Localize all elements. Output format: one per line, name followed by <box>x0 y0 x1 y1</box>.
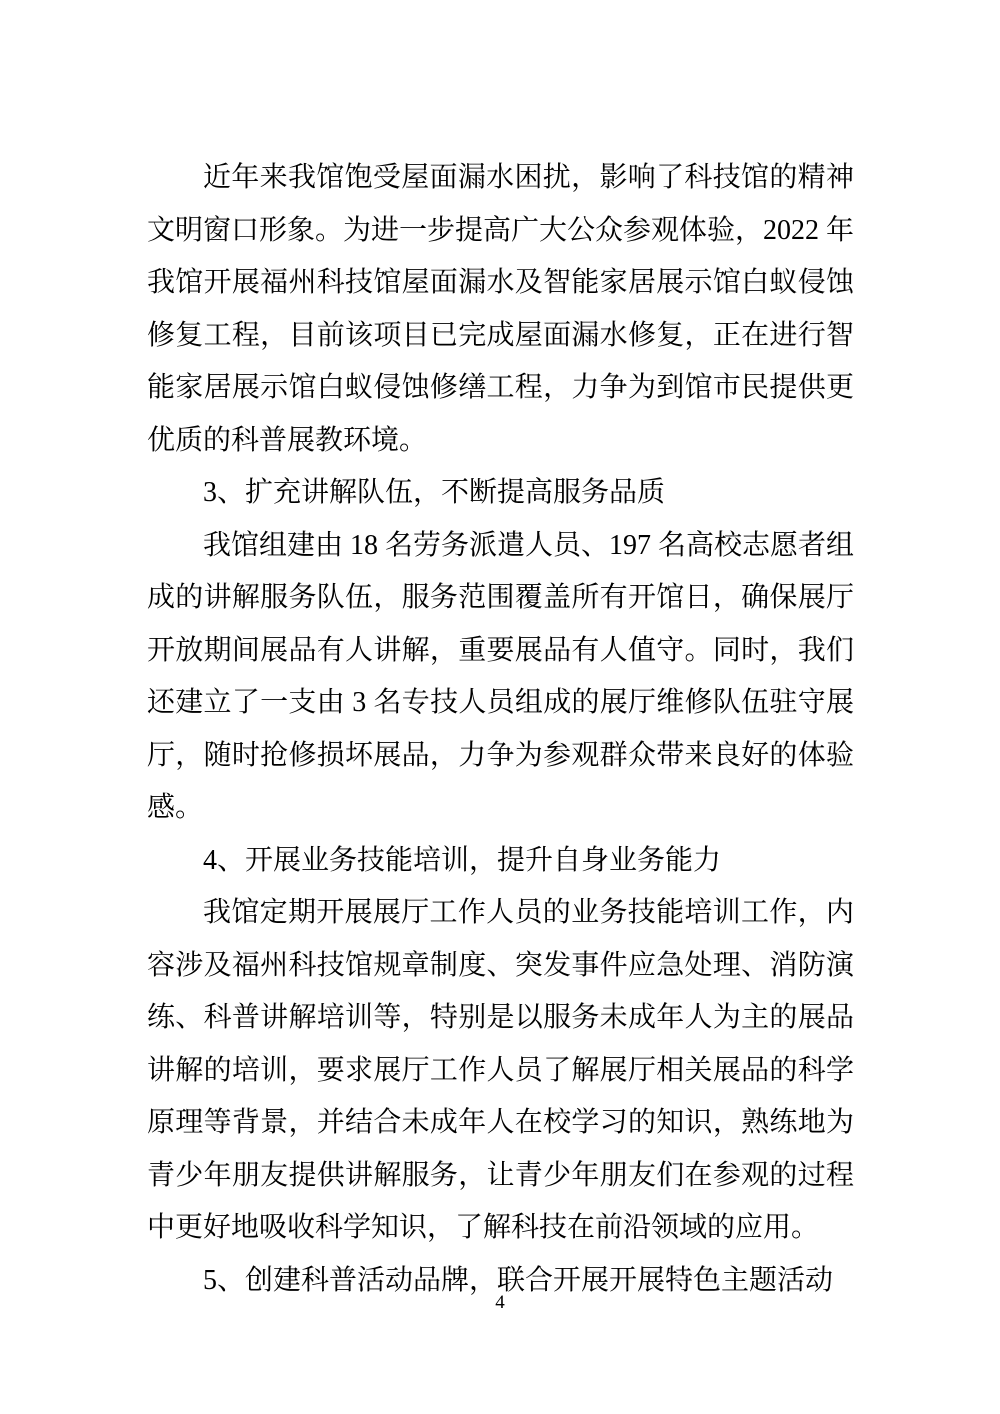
section-heading-4: 4、开展业务技能培训，提升自身业务能力 <box>147 835 854 888</box>
document-body: 近年来我馆饱受屋面漏水困扰，影响了科技馆的精神文明窗口形象。为进一步提高广大公众… <box>147 152 854 1307</box>
paragraph-guide-team: 我馆组建由 18 名劳务派遣人员、197 名高校志愿者组成的讲解服务队伍，服务范… <box>147 520 854 835</box>
document-page: 近年来我馆饱受屋面漏水困扰，影响了科技馆的精神文明窗口形象。为进一步提高广大公众… <box>0 0 1000 1414</box>
section-heading-3: 3、扩充讲解队伍，不断提高服务品质 <box>147 467 854 520</box>
paragraph-skill-training: 我馆定期开展展厅工作人员的业务技能培训工作，内容涉及福州科技馆规章制度、突发事件… <box>147 887 854 1255</box>
page-number: 4 <box>0 1292 1000 1314</box>
paragraph-roof-repair: 近年来我馆饱受屋面漏水困扰，影响了科技馆的精神文明窗口形象。为进一步提高广大公众… <box>147 152 854 467</box>
